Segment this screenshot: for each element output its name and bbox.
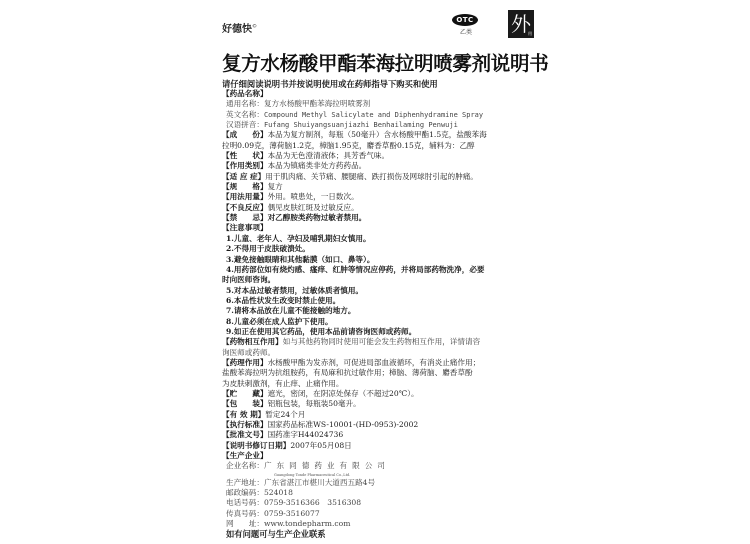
brand-logo: 好德快©	[222, 20, 257, 35]
generic-name-row: 通用名称：复方水杨酸甲酯苯海拉明喷雾剂	[222, 99, 552, 109]
pinyin-name-row: 汉语拼音：Fufang Shuiyangsuanjiazhi Benhailam…	[222, 120, 552, 130]
label: 企业名称：	[226, 461, 264, 470]
value: 国药准字H44024736	[268, 430, 344, 439]
registered-mark: ©	[252, 24, 257, 30]
label: 生产地址：	[226, 478, 264, 487]
contraindications-row: 【禁 忌】对乙醇胺类药物过敏者禁用。	[222, 213, 552, 223]
precaution-item: 1.儿童、老年人、孕妇及哺乳期妇女慎用。	[222, 234, 552, 244]
storage-row: 【贮 藏】遮光，密闭，在阴凉处保存（不超过20℃）。	[222, 389, 552, 399]
precaution-item: 7.请将本品放在儿童不能接触的地方。	[222, 306, 552, 316]
value: 暂定24个月	[265, 410, 305, 419]
dosage-row: 【用法用量】外用。喷患处，一日数次。	[222, 192, 552, 202]
heading: 【包 装】	[222, 399, 268, 408]
external-use-small: 用	[528, 32, 532, 36]
heading: 【作用类别】	[222, 161, 268, 170]
website-link[interactable]: www.tondepharm.com	[264, 519, 350, 528]
value: 0759-3516077	[264, 509, 320, 518]
label: 网 址：	[226, 519, 264, 528]
value: Compound Methyl Salicylate and Diphenhyd…	[264, 111, 483, 119]
pharmacology-row-2: 盐酸苯海拉明为抗组胺药，有局麻和抗过敏作用；樟脑、薄荷脑、麝香草酚	[222, 368, 552, 378]
precaution-item: 4.用药部位如有烧灼感、瘙痒、红肿等情况应停药，并将局部药物洗净，必要	[222, 265, 552, 275]
category-row: 【作用类别】本品为镇痛类非处方药药品。	[222, 161, 552, 171]
label: 邮政编码：	[226, 488, 264, 497]
standard-row: 【执行标准】国家药品标准WS-10001-(HD-0953)-2002	[222, 420, 552, 430]
value: 2007年05月08日	[290, 441, 351, 450]
value: 用于肌肉痛、关节痛、腰腿痛、跌打损伤及网球肘引起的肿痛。	[265, 172, 478, 181]
value: Fufang Shuiyangsuanjiazhi Benhailaming P…	[264, 121, 458, 129]
value: 本品为复方制剂，每瓶（50毫升）含水杨酸甲酯1.5克，盐酸苯海	[268, 130, 487, 139]
precaution-item: 6.本品性状发生改变时禁止使用。	[222, 296, 552, 306]
heading: 【药物相互作用】	[222, 337, 283, 346]
interactions-row: 【药物相互作用】如与其他药物同时使用可能会发生药物相互作用，详情请咨	[222, 337, 552, 347]
value: 本品为无色澄清液体；具芳香气味。	[268, 151, 390, 160]
address-row: 生产地址：广东省湛江市椹川大道西五路4号	[222, 478, 552, 488]
value: 复方水杨酸甲酯苯海拉明喷雾剂	[264, 99, 370, 108]
heading: 【性 状】	[222, 151, 268, 160]
external-use-badge: 外用	[508, 10, 534, 38]
heading: 【禁 忌】	[222, 213, 268, 222]
value: 0759-3516366 3516308	[264, 498, 361, 507]
package-row: 【包 装】铝瓶包装，每瓶装50毫升。	[222, 399, 552, 409]
indications-row: 【适 应 症】用于肌肉痛、关节痛、腰腿痛、跌打损伤及网球肘引起的肿痛。	[222, 172, 552, 182]
precaution-item: 8.儿童必须在成人监护下使用。	[222, 317, 552, 327]
approval-row: 【批准文号】国药准字H44024736	[222, 430, 552, 440]
precaution-item: 9.如正在使用其它药品，使用本品前请咨询医师或药师。	[222, 327, 552, 337]
document-body: 【药品名称】 通用名称：复方水杨酸甲酯苯海拉明喷雾剂 英文名称：Compound…	[222, 89, 552, 540]
heading: 【说明书修订日期】	[222, 441, 290, 450]
value: 遮光，密闭，在阴凉处保存（不超过20℃）。	[268, 389, 419, 398]
value: 对乙醇胺类药物过敏者禁用。	[268, 213, 367, 222]
precaution-item: 5.对本品过敏者禁用，过敏体质者慎用。	[222, 286, 552, 296]
section-heading-manufacturer: 【生产企业】	[222, 451, 552, 461]
revision-row: 【说明书修订日期】2007年05月08日	[222, 441, 552, 451]
adverse-row: 【不良反应】偶见皮肤红斑及过敏反应。	[222, 203, 552, 213]
heading: 【不良反应】	[222, 203, 268, 212]
website-row: 网 址：www.tondepharm.com	[222, 519, 552, 529]
value: 广东同德药业有限公司	[264, 461, 390, 470]
company-name-row: 企业名称：广东同德药业有限公司	[222, 461, 552, 471]
pharmacology-row-3: 为皮肤刺激剂，有止痒、止痛作用。	[222, 379, 552, 389]
phone-row: 电话号码：0759-3516366 3516308	[222, 498, 552, 508]
heading: 【有 效 期】	[222, 410, 265, 419]
heading: 【用法用量】	[222, 192, 268, 201]
heading: 【批准文号】	[222, 430, 268, 439]
fax-row: 传真号码：0759-3516077	[222, 509, 552, 519]
specification-row: 【规 格】复方	[222, 182, 552, 192]
label: 传真号码：	[226, 509, 264, 518]
value: 铝瓶包装，每瓶装50毫升。	[268, 399, 361, 408]
otc-badge: OTC 乙类	[452, 14, 480, 36]
composition-row-2: 拉明0.09克，薄荷脑1.2克，樟脑1.95克，麝香草酚0.15克，辅料为：乙醇	[222, 141, 552, 151]
label: 英文名称：	[226, 110, 264, 119]
validity-row: 【有 效 期】暂定24个月	[222, 410, 552, 420]
brand-name: 好德快	[222, 24, 252, 35]
otc-class: 乙类	[452, 27, 480, 36]
footer-note: 如有问题可与生产企业联系	[222, 529, 552, 539]
postcode-row: 邮政编码：524018	[222, 488, 552, 498]
precaution-item: 2.不得用于皮肤破溃处。	[222, 244, 552, 254]
interactions-row-2: 询医师或药师。	[222, 348, 552, 358]
pharmacology-row: 【药理作用】水杨酸甲酯为发赤剂，可促进局部血液循环，有消炎止痛作用；	[222, 358, 552, 368]
value: 复方	[268, 182, 283, 191]
document-title: 复方水杨酸甲酯苯海拉明喷雾剂说明书	[222, 48, 552, 76]
value: 国家药品标准WS-10001-(HD-0953)-2002	[268, 420, 419, 429]
heading: 【执行标准】	[222, 420, 268, 429]
value: 外用。喷患处，一日数次。	[268, 192, 359, 201]
label: 电话号码：	[226, 498, 264, 507]
heading: 【贮 藏】	[222, 389, 268, 398]
properties-row: 【性 状】本品为无色澄清液体；具芳香气味。	[222, 151, 552, 161]
english-name-row: 英文名称：Compound Methyl Salicylate and Diph…	[222, 110, 552, 120]
heading: 【成 份】	[222, 130, 268, 139]
section-heading-precautions: 【注意事项】	[222, 223, 552, 233]
precaution-item: 3.避免接触眼睛和其他黏膜（如口、鼻等）。	[222, 255, 552, 265]
label: 汉语拼音：	[226, 120, 264, 129]
value: 如与其他药物同时使用可能会发生药物相互作用，详情请咨	[283, 337, 480, 346]
value: 偶见皮肤红斑及过敏反应。	[268, 203, 359, 212]
heading: 【药理作用】	[222, 358, 268, 367]
value: 524018	[264, 488, 293, 497]
section-heading-drug-name: 【药品名称】	[222, 89, 552, 99]
heading: 【适 应 症】	[222, 172, 265, 181]
value: 本品为镇痛类非处方药药品。	[268, 161, 367, 170]
value: 水杨酸甲酯为发赤剂，可促进局部血液循环，有消炎止痛作用；	[268, 358, 481, 367]
otc-oval-icon: OTC	[452, 14, 478, 26]
composition-row: 【成 份】本品为复方制剂，每瓶（50毫升）含水杨酸甲酯1.5克，盐酸苯海	[222, 130, 552, 140]
label: 通用名称：	[226, 99, 264, 108]
heading: 【规 格】	[222, 182, 268, 191]
precaution-item: 时向医师咨询。	[222, 275, 552, 285]
value: 广东省湛江市椹川大道西五路4号	[264, 478, 375, 487]
